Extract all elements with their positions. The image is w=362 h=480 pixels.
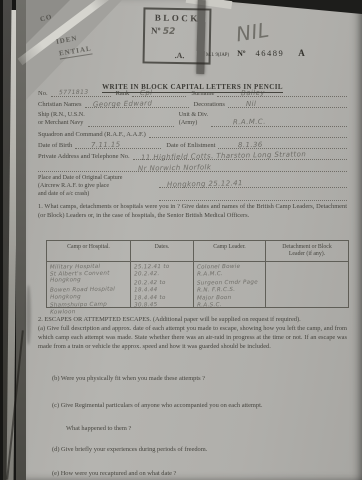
- block-stamp-letter: .A.: [175, 51, 185, 60]
- capture-lines: Hongkong 25.12.41: [159, 175, 347, 201]
- mi9-no-label: Nº: [237, 49, 245, 58]
- leader-entries: Colonel Bowie R.A.M.C. Surgeon Cmdr Page…: [194, 262, 266, 307]
- binding-tape-mark: [196, 0, 205, 74]
- mi9-serial-number: 46489: [255, 48, 284, 58]
- squadron-label: Squadron and Command (R.A.F., A.A.F.): [38, 131, 146, 138]
- col-camp-leader: Camp Leader.: [194, 241, 266, 262]
- block-stamp-no-value: 52: [163, 27, 176, 37]
- decorations-label: Decorations: [194, 101, 225, 108]
- address-line1: 11 Highfield Cotts. Tharston Long Stratt…: [133, 151, 347, 160]
- block-leader-row-2: [269, 266, 345, 267]
- row-address: Private Address and Telephone No. 11 Hig…: [38, 151, 347, 160]
- capture-line2: [159, 192, 347, 201]
- row-no-rank-surname: No. 5771813 Rank Cpl Surname Bailey: [38, 88, 347, 97]
- block-leader-row-3: [269, 266, 345, 267]
- ship-label: Ship (R.N., U.S.N. or Merchant Navy: [38, 111, 85, 127]
- dates-row-3: 18.4.44 to 30.8.45: [134, 295, 190, 309]
- nil-annotation: NIL: [234, 18, 271, 47]
- row-capture: Place and Date of Original Capture (Airc…: [38, 175, 347, 201]
- camp-row-1: Military Hospital St Albert's Convent Ho…: [50, 264, 127, 285]
- section-2-item-c-followup: What happened to them ?: [66, 425, 347, 432]
- row-address-continued: Nr Norwich Norfolk: [38, 163, 347, 172]
- block-stamp-no-label: Nº: [151, 26, 161, 36]
- enlistment-value: 8.1.36: [238, 141, 263, 150]
- leader-row-1: Colonel Bowie R.A.M.C.: [197, 264, 262, 279]
- capture-value: Hongkong 25.12.41: [167, 179, 243, 189]
- christian-names-line: George Edward: [85, 99, 189, 108]
- enlistment-line: 8.1.36: [218, 140, 347, 149]
- block-leader-entries: [266, 262, 348, 307]
- christian-names-value: George Edward: [92, 99, 151, 108]
- capture-line1: Hongkong 25.12.41: [159, 179, 347, 188]
- dob-value: 7.11.15: [91, 141, 121, 150]
- no-line: 5771813: [51, 88, 111, 97]
- photo-of-document: { "colors": { "backdrop": "#161614", "pa…: [0, 0, 362, 480]
- section-2-item-b: (b) Were you physically fit when you mad…: [52, 375, 347, 382]
- ship-label-line1: Ship (R.N., U.S.N.: [38, 111, 85, 119]
- backdrop-above-page-edge: [210, 0, 362, 14]
- page-edge-smudge: [26, 285, 31, 345]
- unit-value: R.A.M.C.: [233, 118, 266, 127]
- ship-line: [88, 118, 174, 127]
- mi9-letter: A: [298, 48, 305, 58]
- leader-row-2: Surgeon Cmdr Page R.N. F.R.C.S.: [197, 279, 262, 294]
- col-dates: Dates.: [131, 241, 194, 262]
- squadron-line: [149, 129, 347, 138]
- row-ship-unit: Ship (R.N., U.S.N. or Merchant Navy Unit…: [38, 111, 347, 127]
- dates-entries: 25.12.41 to 20.2.42. 20.2.42 to 18.4.44 …: [131, 262, 194, 307]
- enlistment-label: Date of Enlistment: [166, 142, 215, 149]
- mi9-prefix: M.I. 9(JAP): [206, 53, 229, 58]
- camps-table-body: Military Hospital St Albert's Convent Ho…: [47, 262, 348, 307]
- pow-camps-table: Camp or Hospital. Dates. Camp Leader. De…: [46, 240, 349, 308]
- row-squadron: Squadron and Command (R.A.F., A.A.F.): [38, 129, 347, 138]
- section-2-item-d: (d) Give briefly your experiences during…: [52, 446, 347, 453]
- capture-label-line3: and date of a/c crash): [38, 191, 156, 199]
- stacked-pages-edge-mid: [16, 0, 26, 480]
- unit-line: R.A.M.C.: [211, 118, 347, 127]
- row-dob-enlistment: Date of Birth 7.11.15 Date of Enlistment…: [38, 140, 347, 149]
- dob-label: Date of Birth: [38, 142, 72, 149]
- address-value-line1: 11 Highfield Cotts. Tharston Long Stratt…: [141, 150, 306, 162]
- dob-line: 7.11.15: [75, 140, 161, 149]
- row-christian-decorations: Christian Names George Edward Decoration…: [38, 99, 347, 108]
- question-1-text: 1. What camps, detachments or hospitals …: [38, 203, 347, 221]
- ship-label-line2: or Merchant Navy: [38, 119, 85, 127]
- camp-entries: Military Hospital St Albert's Convent Ho…: [47, 262, 131, 307]
- camps-table-header-row: Camp or Hospital. Dates. Camp Leader. De…: [47, 241, 348, 262]
- no-value: 5771813: [59, 90, 89, 98]
- section-2-heading: 2. ESCAPES OR ATTEMPTED ESCAPES. (Additi…: [38, 316, 347, 325]
- capture-label: Place and Date of Original Capture (Airc…: [38, 175, 156, 198]
- col-camp-or-hospital: Camp or Hospital.: [47, 241, 131, 262]
- camp-row-3: Shamshuipo Camp Kowloon: [50, 301, 127, 316]
- surname-line: Bailey: [217, 88, 347, 97]
- christian-names-label: Christian Names: [38, 101, 82, 108]
- unit-label-line2: (Army): [179, 119, 208, 127]
- dates-row-1: 25.12.41 to 20.2.42.: [134, 264, 190, 278]
- decorations-value: Nil: [246, 100, 256, 108]
- no-label: No.: [38, 90, 48, 97]
- surname-label: Surname: [191, 90, 214, 97]
- camp-row-2: Bowen Road Hospital Hongkong: [50, 286, 127, 301]
- rank-value: Cpl: [140, 89, 153, 97]
- surname-value: Bailey: [241, 89, 265, 98]
- address-label: Private Address and Telephone No.: [38, 153, 130, 160]
- mi9-serial-line: M.I. 9(JAP) Nº 46489 A: [206, 48, 305, 58]
- section-2-item-c: (c) Give Regimental particulars of anyon…: [52, 402, 347, 409]
- section-2-item-e: (e) How were you recaptured and on what …: [52, 470, 347, 477]
- capture-label-line2: (Aircrew R.A.F. to give place: [38, 183, 156, 191]
- section-2-item-a: (a) Give full description and approx. da…: [38, 325, 347, 352]
- unit-label-line1: Unit & Div.: [179, 111, 208, 119]
- address-line2: Nr Norwich Norfolk: [38, 163, 347, 172]
- col-detachment-leader: Detachment or Block Leader (if any).: [266, 241, 348, 262]
- capture-label-line1: Place and Date of Original Capture: [38, 175, 156, 183]
- questionnaire-page: CO IDEN ENTIAL BLOCK Nº 52 .A. NIL M.I. …: [26, 0, 362, 480]
- address-value-line2: Nr Norwich Norfolk: [138, 163, 211, 173]
- unit-label: Unit & Div. (Army): [179, 111, 208, 127]
- decorations-line: Nil: [228, 99, 347, 108]
- rank-line: Cpl: [132, 88, 186, 97]
- block-leader-row-1: [269, 264, 345, 265]
- leader-row-3: Major Boon R.A.S.C.: [197, 295, 262, 310]
- rank-label: Rank: [116, 90, 130, 97]
- dates-row-2: 20.2.42 to 18.4.44: [134, 279, 190, 293]
